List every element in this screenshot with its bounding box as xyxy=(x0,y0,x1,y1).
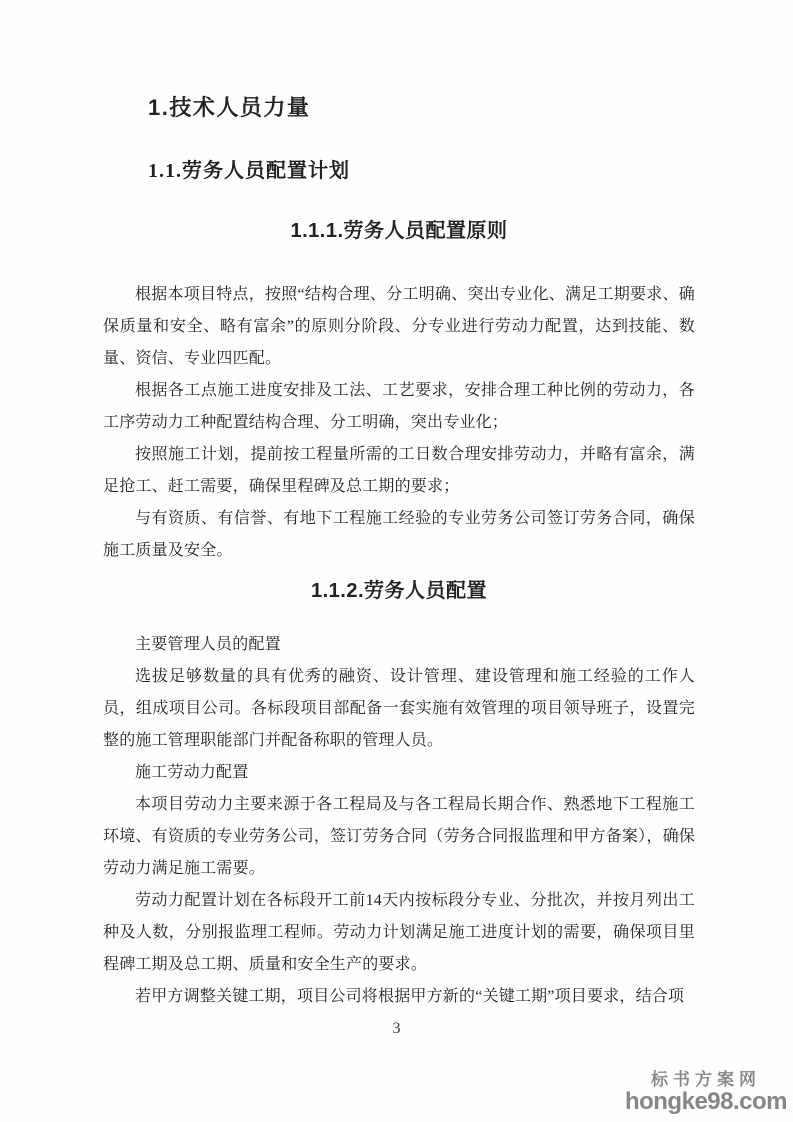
document-page: 1.技术人员力量 1.1.劳务人员配置计划 1.1.1.劳务人员配置原则 根据本… xyxy=(0,0,793,1122)
paragraph-label-construction-labor: 施工劳动力配置 xyxy=(103,757,695,789)
document-body: 1.技术人员力量 1.1.劳务人员配置计划 1.1.1.劳务人员配置原则 根据本… xyxy=(103,95,695,1013)
paragraph-label-management-staff: 主要管理人员的配置 xyxy=(103,629,695,661)
paragraph-labor-source: 本项目劳动力主要来源于各工程局及与各工程局长期合作、熟悉地下工程施工环境、有资质… xyxy=(103,789,695,885)
paragraph-principle-schedule: 按照施工计划，提前按工程量所需的工日数合理安排劳动力，并略有富余，满足抢工、赶工… xyxy=(103,439,695,503)
paragraph-principle-overall: 根据本项目特点，按照“结构合理、分工明确、突出专业化、满足工期要求、确保质量和安… xyxy=(103,279,695,375)
paragraph-management-staff-detail: 选拔足够数量的具有优秀的融资、设计管理、建设管理和施工经验的工作人员，组成项目公… xyxy=(103,661,695,757)
paragraph-labor-plan: 劳动力配置计划在各标段开工前14天内按标段分专业、分批次，并按月列出工种及人数，… xyxy=(103,885,695,981)
heading-section: 1.1.劳务人员配置计划 xyxy=(148,159,695,183)
heading-subsection-allocation: 1.1.2.劳务人员配置 xyxy=(103,579,695,603)
paragraph-key-schedule-adjust: 若甲方调整关键工期，项目公司将根据甲方新的“关键工期”项目要求，结合项 xyxy=(103,981,695,1013)
watermark-site-url: hongke98.com xyxy=(625,1089,787,1114)
heading-chapter: 1.技术人员力量 xyxy=(148,95,695,121)
paragraph-principle-worktype-ratio: 根据各工点施工进度安排及工法、工艺要求，安排合理工种比例的劳动力，各工序劳动力工… xyxy=(103,375,695,439)
heading-subsection-principles: 1.1.1.劳务人员配置原则 xyxy=(103,219,695,243)
watermark: 标书方案网 hongke98.com xyxy=(625,1071,787,1114)
paragraph-principle-labor-contract: 与有资质、有信誉、有地下工程施工经验的专业劳务公司签订劳务合同，确保施工质量及安… xyxy=(103,503,695,567)
watermark-site-name: 标书方案网 xyxy=(625,1071,787,1089)
page-number: 3 xyxy=(0,1020,793,1038)
